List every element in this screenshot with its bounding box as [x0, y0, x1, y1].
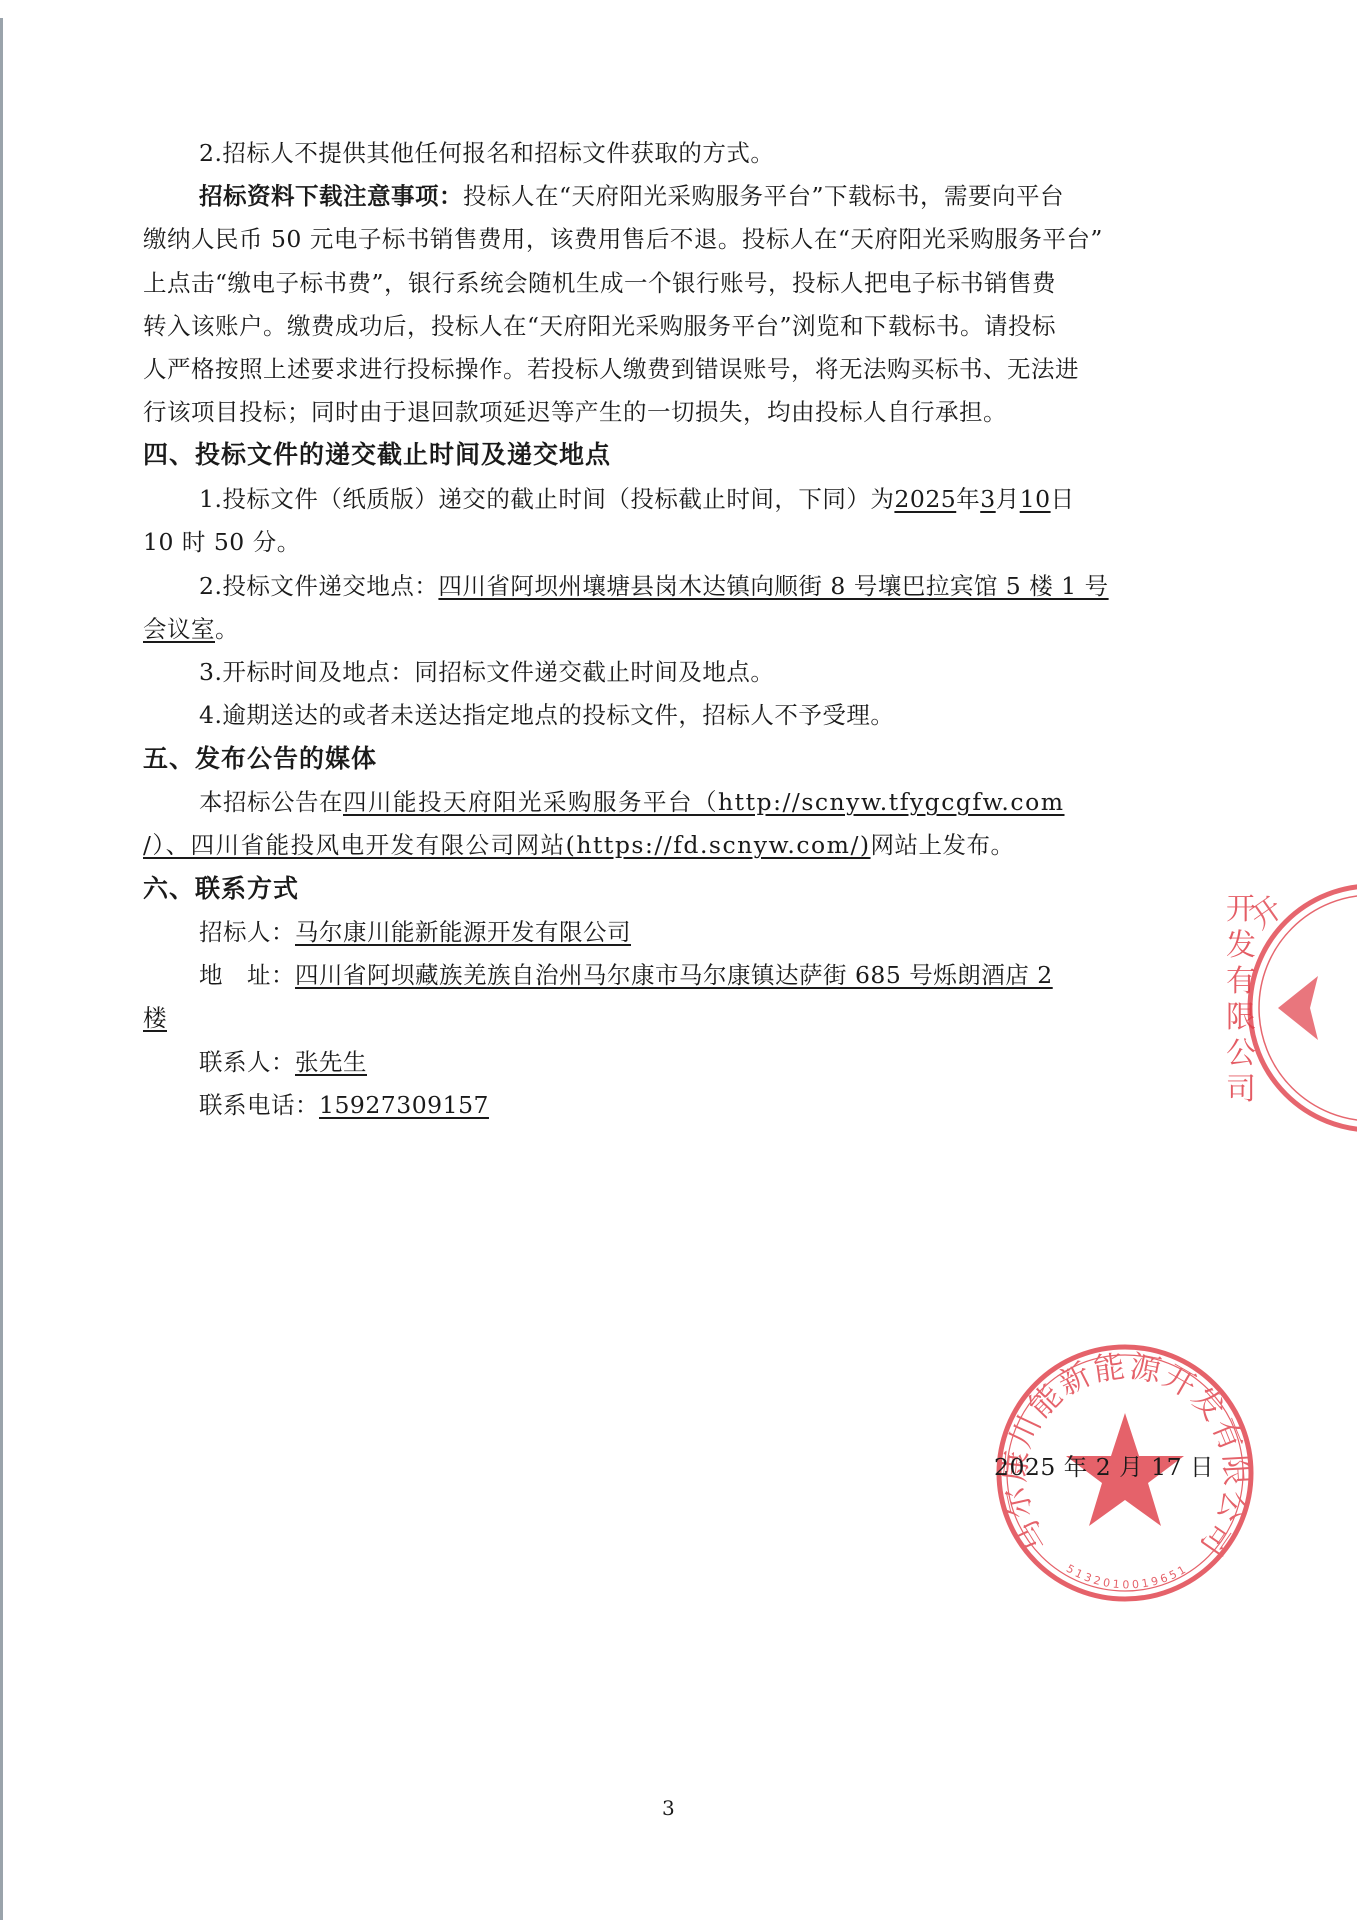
page-number: 3 [662, 1796, 675, 1820]
partial-seal-text: 开发有限公司 [1226, 892, 1266, 1108]
contact-address: 四川省阿坝藏族羌族自治州马尔康市马尔康镇达萨街 685 号烁朗酒店 2 [295, 961, 1053, 989]
section-6-heading: 六、联系方式 [143, 874, 299, 904]
svg-text:5132010019651: 5132010019651 [1064, 1562, 1191, 1592]
tenderer-name: 马尔康川能新能源开发有限公司 [295, 918, 631, 946]
section-4-item-2: 2.投标文件递交地点：四川省阿坝州壤塘县岗木达镇向顺街 8 号壤巴拉宾馆 5 楼… [199, 571, 1109, 601]
section-5-line-1: 本招标公告在四川能投天府阳光采购服务平台（http://scnyw.tfygcg… [199, 787, 1065, 817]
address-line: 地 址：四川省阿坝藏族羌族自治州马尔康市马尔康镇达萨街 685 号烁朗酒店 2 [199, 960, 1053, 990]
contact-person: 张先生 [295, 1048, 367, 1076]
platform-link[interactable]: 四川能投天府阳光采购服务平台（http://scnyw.tfygcgfw.com [343, 788, 1065, 816]
website-link[interactable]: /）、四川省能投风电开发有限公司网站(https://fd.scnyw.com/… [143, 831, 871, 859]
notice-line-2: 缴纳人民币 50 元电子标书销售费用，该费用售后不退。投标人在“天府阳光采购服务… [143, 224, 1103, 254]
address-line-cont: 楼 [143, 1003, 167, 1033]
issue-date: 2025 年 2 月 17 日 [994, 1448, 1214, 1482]
section-4-item-3: 3.开标时间及地点：同招标文件递交截止时间及地点。 [199, 657, 774, 687]
section-5-line-2: /）、四川省能投风电开发有限公司网站(https://fd.scnyw.com/… [143, 830, 1015, 860]
section-4-item-4: 4.逾期送达的或者未送达指定地点的投标文件，招标人不予受理。 [199, 700, 894, 730]
contact-phone: 15927309157 [319, 1091, 489, 1119]
phone-line: 联系电话：15927309157 [199, 1090, 489, 1120]
notice-line-4: 转入该账户。缴费成功后，投标人在“天府阳光采购服务平台”浏览和下载标书。请投标 [143, 311, 1056, 341]
deadline-time: 10 时 50 分。 [143, 527, 301, 557]
notice-line-3: 上点击“缴电子标书费”，银行系统会随机生成一个银行账号，投标人把电子标书销售费 [143, 268, 1056, 298]
deadline-day: 10 [1020, 485, 1051, 513]
deadline-year: 2025 [894, 485, 956, 513]
submission-address: 四川省阿坝州壤塘县岗木达镇向顺街 8 号壤巴拉宾馆 5 楼 1 号 [438, 572, 1108, 600]
notice-line-5: 人严格按照上述要求进行投标操作。若投标人缴费到错误账号，将无法购买标书、无法进 [143, 354, 1079, 384]
company-seal-partial-icon: 开 . [1150, 868, 1357, 1148]
notice-line-1: 招标资料下载注意事项：投标人在“天府阳光采购服务平台”下载标书，需要向平台 [199, 181, 1064, 211]
notice-line-6: 行该项目投标；同时由于退回款项延迟等产生的一切损失，均由投标人自行承担。 [143, 397, 1007, 427]
scan-edge [0, 18, 3, 1920]
svg-text:开: 开 [1245, 891, 1290, 937]
section-4-item-1: 1.投标文件（纸质版）递交的截止时间（投标截止时间，下同）为2025年3月10日 [199, 484, 1075, 514]
notice-label: 招标资料下载注意事项： [199, 182, 463, 210]
contact-person-line: 联系人：张先生 [199, 1047, 367, 1077]
submission-address-cont: 会议室。 [143, 614, 239, 644]
section-4-heading: 四、投标文件的递交截止时间及递交地点 [143, 440, 611, 470]
tenderer-line: 招标人：马尔康川能新能源开发有限公司 [199, 917, 631, 947]
deadline-month: 3 [980, 485, 995, 513]
section-5-heading: 五、发布公告的媒体 [143, 744, 377, 774]
paragraph-item-2: 2.招标人不提供其他任何报名和招标文件获取的方式。 [199, 138, 774, 168]
